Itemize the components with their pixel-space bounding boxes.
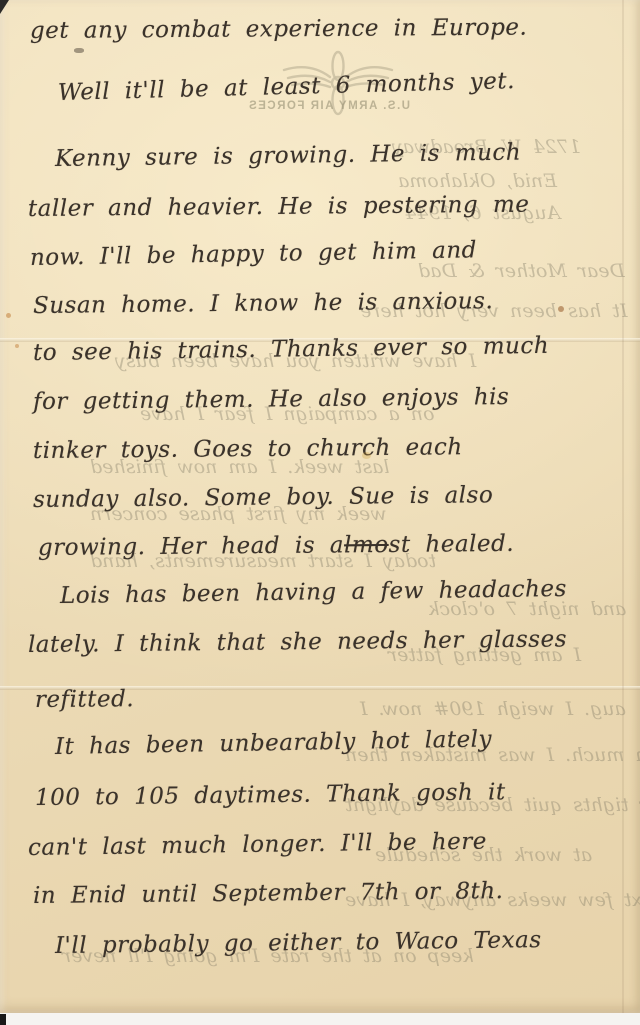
ink-smudge [74, 48, 84, 53]
letter-line: refitted. [35, 686, 134, 713]
stain [558, 306, 564, 312]
paper-edge-shadow [622, 0, 624, 1013]
stain [15, 344, 19, 348]
letter-line: tinker toys. Goes to church each [33, 434, 463, 464]
stain [362, 452, 371, 459]
corner-mark [0, 0, 9, 14]
letter-line: get any combat experience in Europe. [30, 15, 527, 44]
scan-background-strip [0, 1013, 640, 1025]
letter-line: for getting them. He also enjoys his [33, 384, 510, 415]
letter-line: Kenny sure is growing. He is much [55, 139, 521, 172]
letter-line: sunday also. Some boy. Sue is also [33, 482, 494, 513]
stain [6, 313, 11, 318]
letter-line: Susan home. I know he is anxious. [33, 288, 493, 319]
letter-line-struck-word: lmo [344, 532, 389, 558]
bleed-through-line: aug. I weigh 190# now. I [360, 698, 626, 720]
letter-line-post: st healed. [388, 531, 514, 558]
letterhead-ghost-text: U.S. ARMY AIR FORCES [248, 100, 410, 112]
letter-line: growing. Her head is almost healed. [38, 531, 514, 561]
bleed-through-line: Enid, Oklahoma [398, 170, 557, 192]
scanned-letter: U.S. ARMY AIR FORCES 1724 W. Broadway En… [0, 0, 640, 1025]
letter-line-pre: growing. Her head is a [38, 532, 344, 561]
corner-mark [0, 1014, 6, 1025]
letter-line: in Enid until September 7th or 8th. [33, 878, 504, 909]
letter-paper: U.S. ARMY AIR FORCES 1724 W. Broadway En… [0, 0, 640, 1013]
letter-line: now. I'll be happy to get him and [30, 237, 477, 271]
letter-line: taller and heavier. He is pestering me [28, 192, 530, 222]
